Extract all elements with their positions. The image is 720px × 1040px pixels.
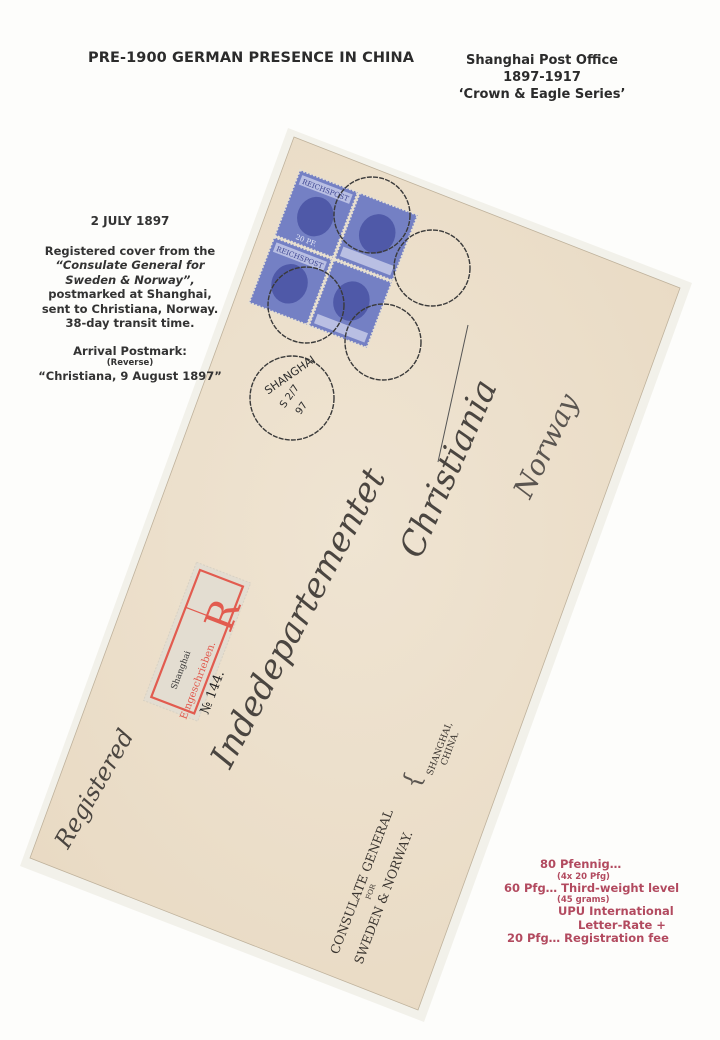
arrival-note: (Reverse) [20,358,240,369]
description-line: “Consulate General for [20,258,240,273]
arrival-label: Arrival Postmark: [20,344,240,359]
rate-line: 80 Pfennig… [490,858,690,872]
rate-line: 20 Pfg… Registration fee [490,932,690,946]
description-line: Registered cover from the [20,244,240,259]
description-line: sent to Christiana, Norway. [20,302,240,317]
description-line: 38-day transit time. [20,316,240,331]
rate-line: (4x 20 Pfg) [490,872,690,882]
rate-line: Letter-Rate + [490,919,690,933]
arrival-value: “Christiana, 9 August 1897” [20,369,240,384]
cover-date: 2 JULY 1897 [20,214,240,229]
description-line: postmarked at Shanghai, [20,287,240,302]
rate-line: UPU International [490,905,690,919]
cover-description: 2 JULY 1897 Registered cover from the “C… [20,214,240,384]
rate-line: 60 Pfg… Third-weight level [490,882,690,896]
postage-rate-notes: 80 Pfennig… (4x 20 Pfg) 60 Pfg… Third-we… [490,858,690,946]
description-line: Sweden & Norway”, [20,273,240,288]
